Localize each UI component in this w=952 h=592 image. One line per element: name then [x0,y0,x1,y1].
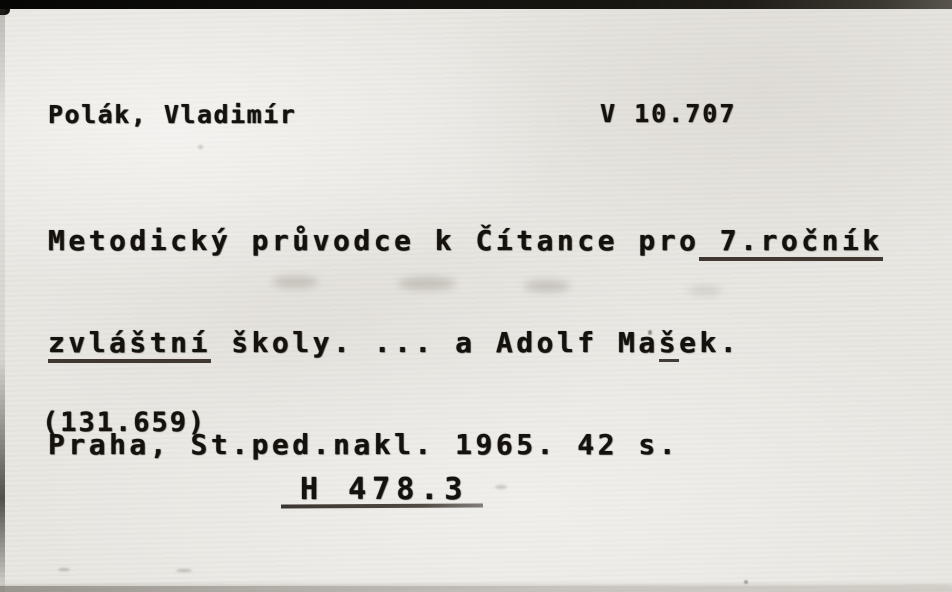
call-number: H 478.3 [300,472,468,507]
scan-speck [744,580,748,584]
title-line-2: zvláštní školy. ... a Adolf Mašek. [48,326,883,360]
scan-bottom-edge [0,586,952,592]
catalog-card-scan: Polák, Vladimír V 10.707 Metodický průvo… [0,0,952,592]
statement-of-responsibility: školy. ... a Adolf Ma [211,326,659,359]
coauthor-name-end: ek. [679,326,740,359]
scan-speck [176,569,192,572]
author-heading: Polák, Vladimír [48,100,296,129]
scan-speck [58,568,70,571]
title-line-1: Metodický průvodce k Čítance pro 7.roční… [48,224,883,258]
scan-left-edge [0,9,5,592]
title-text: Metodický průvodce k Čítance pro [48,224,699,257]
shelf-mark: V 10.707 [600,99,736,128]
title-underlined-school-type: zvláštní [48,326,211,363]
scan-top-edge [0,0,952,9]
title-underlined-grade: 7.ročník [699,224,882,261]
accession-number: (131.659) [42,407,206,438]
scan-speck [198,145,203,149]
coauthor-marked-char: š [659,326,679,362]
